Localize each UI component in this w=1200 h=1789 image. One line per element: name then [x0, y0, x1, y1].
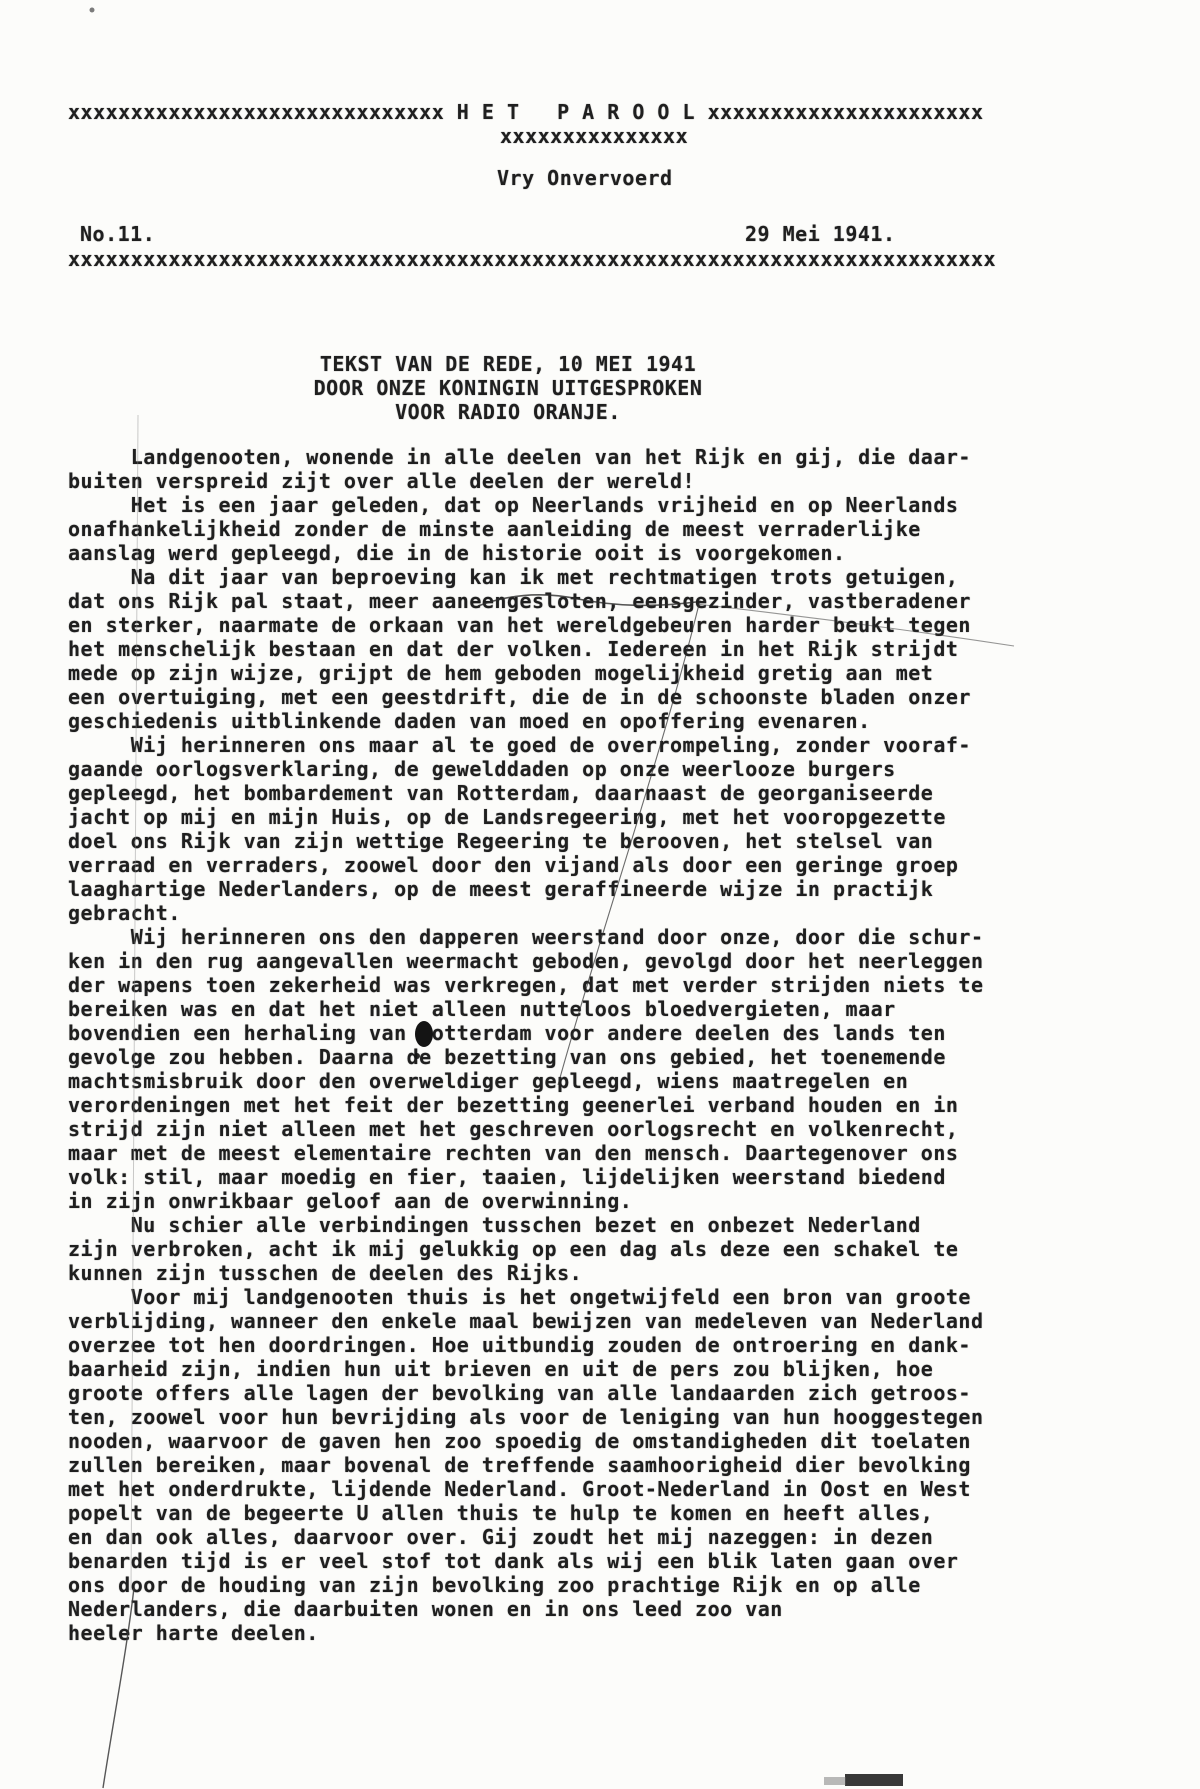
issue-line: No.11. 29 Mei 1941.	[68, 222, 1200, 246]
paragraph: Voor mij landgenooten thuis is het onget…	[68, 1285, 1200, 1645]
masthead-right-xs: xxxxxxxxxxxxxxxxxxxxxx	[708, 100, 984, 124]
ink-smudge-faint	[824, 1777, 846, 1785]
document-page: xxxxxxxxxxxxxxxxxxxxxxxxxxxxxx H E T P A…	[0, 0, 1200, 1789]
paragraph: Landgenooten, wonende in alle deelen van…	[68, 445, 1200, 493]
paragraph: Nu schier alle verbindingen tusschen bez…	[68, 1213, 1200, 1285]
article-title: TEKST VAN DE REDE, 10 MEI 1941 DOOR ONZE…	[68, 352, 948, 424]
masthead: xxxxxxxxxxxxxxxxxxxxxxxxxxxxxx H E T P A…	[68, 100, 1200, 124]
issue-number: No.11.	[80, 222, 155, 246]
paragraph: Wij herinneren ons maar al te goed de ov…	[68, 733, 1200, 925]
masthead-left-xs: xxxxxxxxxxxxxxxxxxxxxxxxxxxxxx	[68, 100, 444, 124]
article-title-line-3: VOOR RADIO ORANJE.	[68, 400, 948, 424]
ink-smudge	[845, 1774, 903, 1786]
speech-body: Landgenooten, wonende in alle deelen van…	[68, 445, 1200, 1645]
paragraph: Het is een jaar geleden, dat op Neerland…	[68, 493, 1200, 565]
issue-date: 29 Mei 1941.	[745, 222, 896, 246]
article-title-line-1: TEKST VAN DE REDE, 10 MEI 1941	[68, 352, 948, 376]
paragraph: Wij herinneren ons den dapperen weerstan…	[68, 925, 1200, 1213]
page-content: xxxxxxxxxxxxxxxxxxxxxxxxxxxxxx H E T P A…	[0, 0, 1200, 1645]
masthead-underline-xs: xxxxxxxxxxxxxxx	[500, 124, 1200, 148]
article-title-line-2: DOOR ONZE KONINGIN UITGESPROKEN	[68, 376, 948, 400]
newspaper-title: H E T P A R O O L	[444, 100, 707, 124]
divider-xs: xxxxxxxxxxxxxxxxxxxxxxxxxxxxxxxxxxxxxxxx…	[68, 247, 1200, 271]
paragraph: Na dit jaar van beproeving kan ik met re…	[68, 565, 1200, 733]
motto: Vry Onvervoerd	[497, 166, 1200, 190]
